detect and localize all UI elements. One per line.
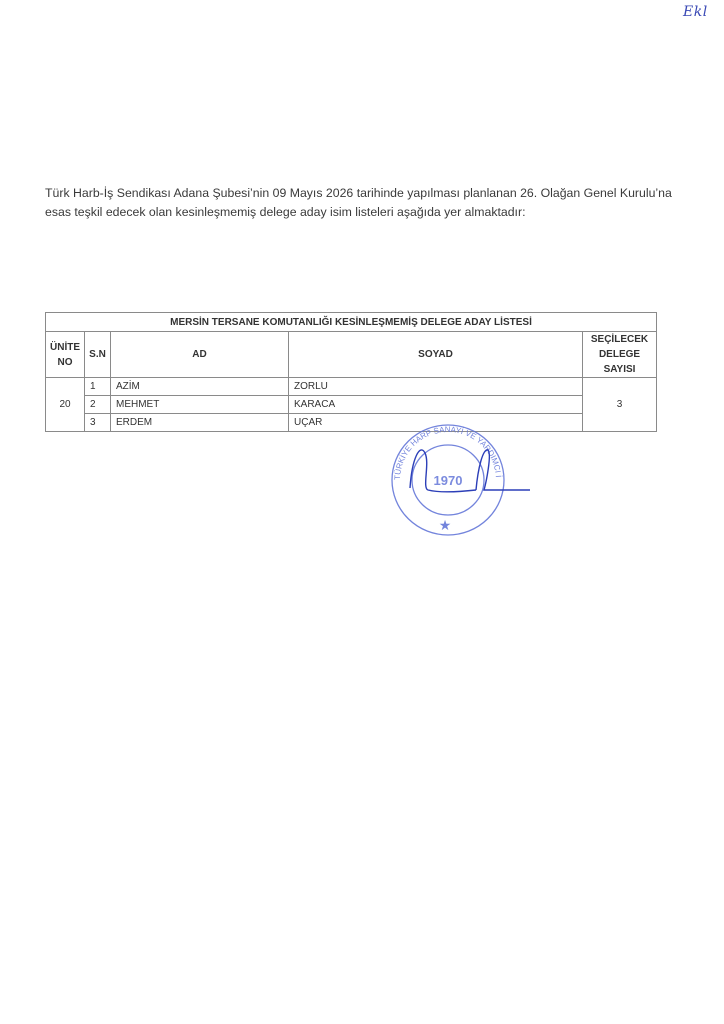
header-soyad: SOYAD <box>289 332 583 378</box>
stamp-year: 1970 <box>434 473 463 488</box>
table-title: MERSİN TERSANE KOMUTANLIĞI KESİNLEŞMEMİŞ… <box>46 313 657 332</box>
header-unite-no: ÜNİTE NO <box>46 332 85 378</box>
svg-text:★: ★ <box>439 517 452 533</box>
unite-no-cell: 20 <box>46 378 85 432</box>
table-row: 2 MEHMET KARACA <box>46 396 657 414</box>
intro-paragraph: Türk Harb-İş Sendikası Adana Şubesi’nin … <box>45 184 685 222</box>
header-ad: AD <box>111 332 289 378</box>
delegate-candidate-table: MERSİN TERSANE KOMUTANLIĞI KESİNLEŞMEMİŞ… <box>45 312 657 432</box>
table-row: 20 1 AZİM ZORLU 3 <box>46 378 657 396</box>
sn-cell: 3 <box>85 414 111 432</box>
soyad-cell: ZORLU <box>289 378 583 396</box>
official-stamp-icon: TÜRKİYE HARP SANAYİ VE YARDIMCI İŞ KOLLA… <box>380 418 530 538</box>
header-sn: S.N <box>85 332 111 378</box>
ad-cell: ERDEM <box>111 414 289 432</box>
stamp-outer-text: TÜRKİYE HARP SANAYİ VE YARDIMCI İŞ KOLLA… <box>380 418 503 480</box>
header-secilecek: SEÇİLECEK DELEGE SAYISI <box>583 332 657 378</box>
secilecek-cell: 3 <box>583 378 657 432</box>
handwritten-page-mark: Ekl <box>683 4 708 20</box>
soyad-cell: KARACA <box>289 396 583 414</box>
ad-cell: MEHMET <box>111 396 289 414</box>
sn-cell: 2 <box>85 396 111 414</box>
ad-cell: AZİM <box>111 378 289 396</box>
svg-text:TÜRKİYE HARP SANAYİ VE YARDIMC: TÜRKİYE HARP SANAYİ VE YARDIMCI İŞ KOLLA… <box>380 418 503 480</box>
signature-icon <box>410 450 530 492</box>
table-row: 3 ERDEM UÇAR <box>46 414 657 432</box>
sn-cell: 1 <box>85 378 111 396</box>
